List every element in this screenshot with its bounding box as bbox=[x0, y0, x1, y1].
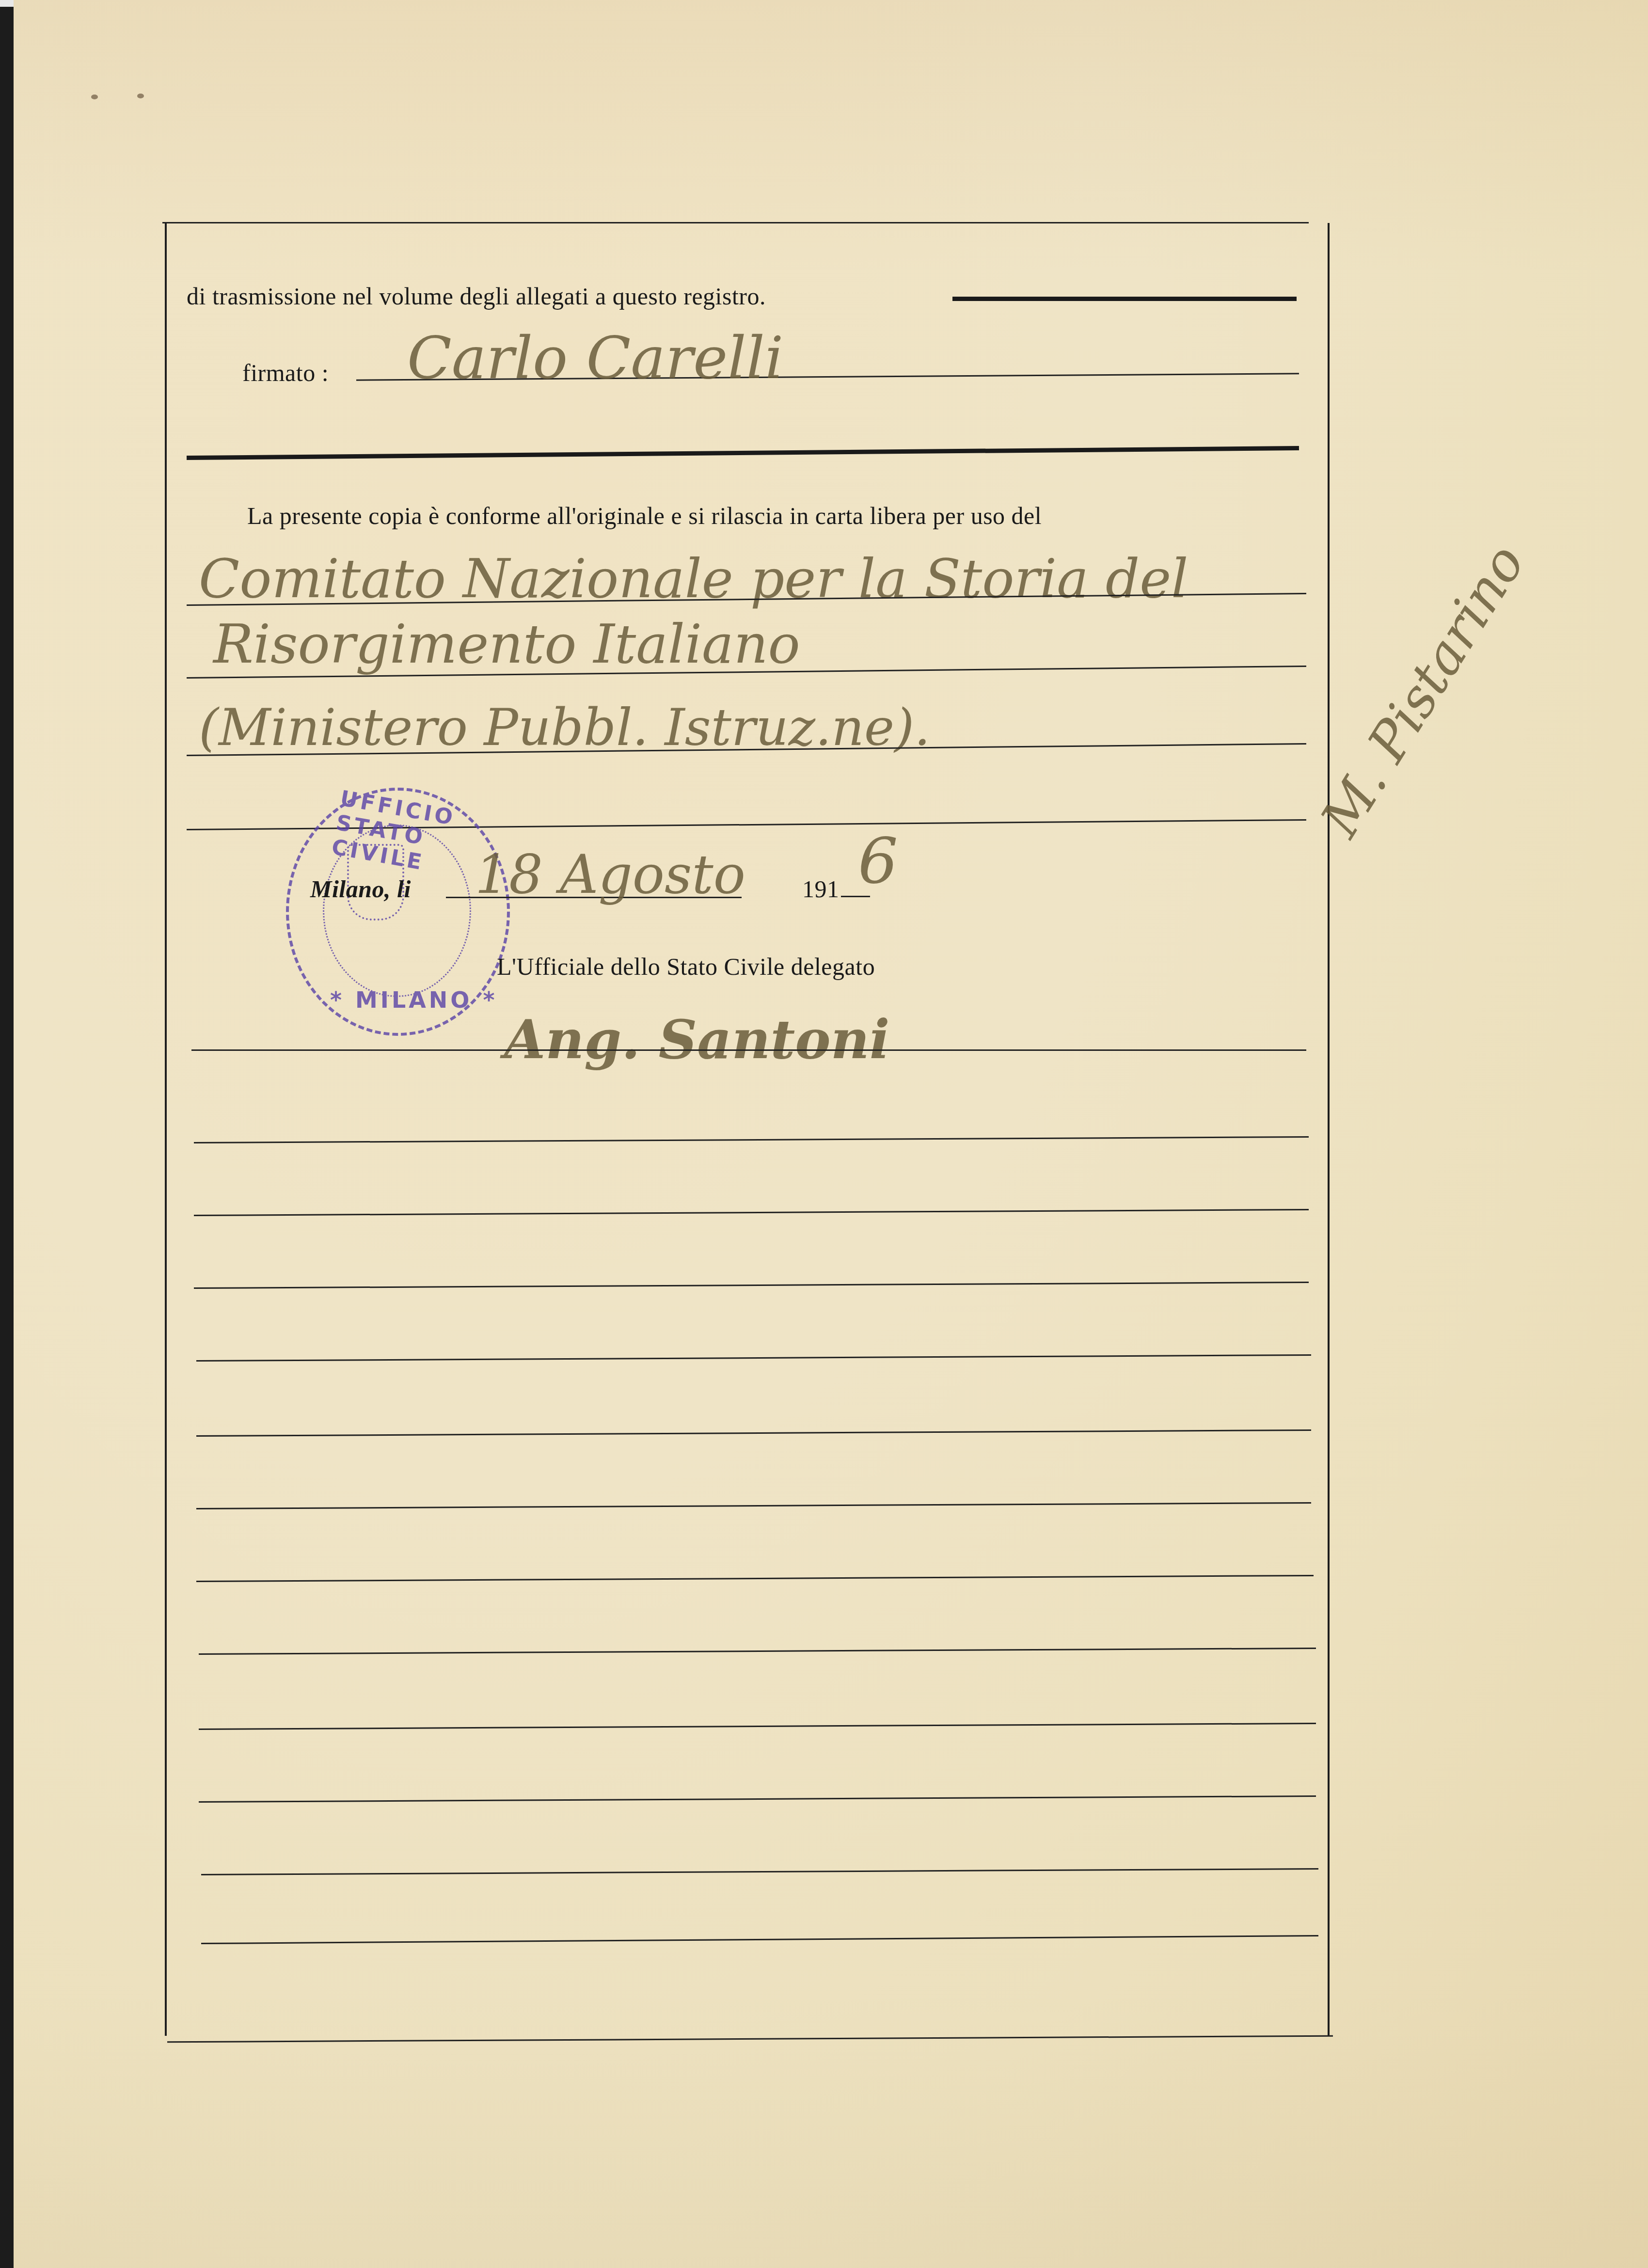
punch-hole bbox=[91, 95, 98, 99]
officer-label: L'Ufficiale dello Stato Civile delegato bbox=[497, 952, 875, 981]
form-frame bbox=[165, 223, 1330, 2036]
signed-label: firmato : bbox=[242, 359, 329, 387]
ruled-line bbox=[191, 1049, 1306, 1051]
civil-registry-stamp: UFFICIO STATO CIVILE * MILANO * bbox=[286, 788, 510, 1036]
place-label: Milano, li bbox=[310, 875, 411, 903]
transmission-rule bbox=[952, 297, 1297, 301]
purpose-handwriting-2: Risorgimento Italiano bbox=[213, 613, 800, 675]
signed-name-handwriting: Carlo Carelli bbox=[407, 325, 783, 392]
officer-signature: Ang. Santoni bbox=[504, 1008, 889, 1071]
punch-hole bbox=[137, 94, 144, 98]
transmission-text: di trasmissione nel volume degli allegat… bbox=[187, 282, 766, 310]
certification-text: La presente copia è conforme all'origina… bbox=[247, 502, 1042, 530]
stamp-bottom-text: * MILANO * bbox=[330, 987, 498, 1013]
year-suffix-handwriting: 6 bbox=[858, 824, 898, 898]
year-prefix: 191 bbox=[802, 875, 840, 903]
date-handwriting: 18 Agosto bbox=[475, 843, 745, 905]
